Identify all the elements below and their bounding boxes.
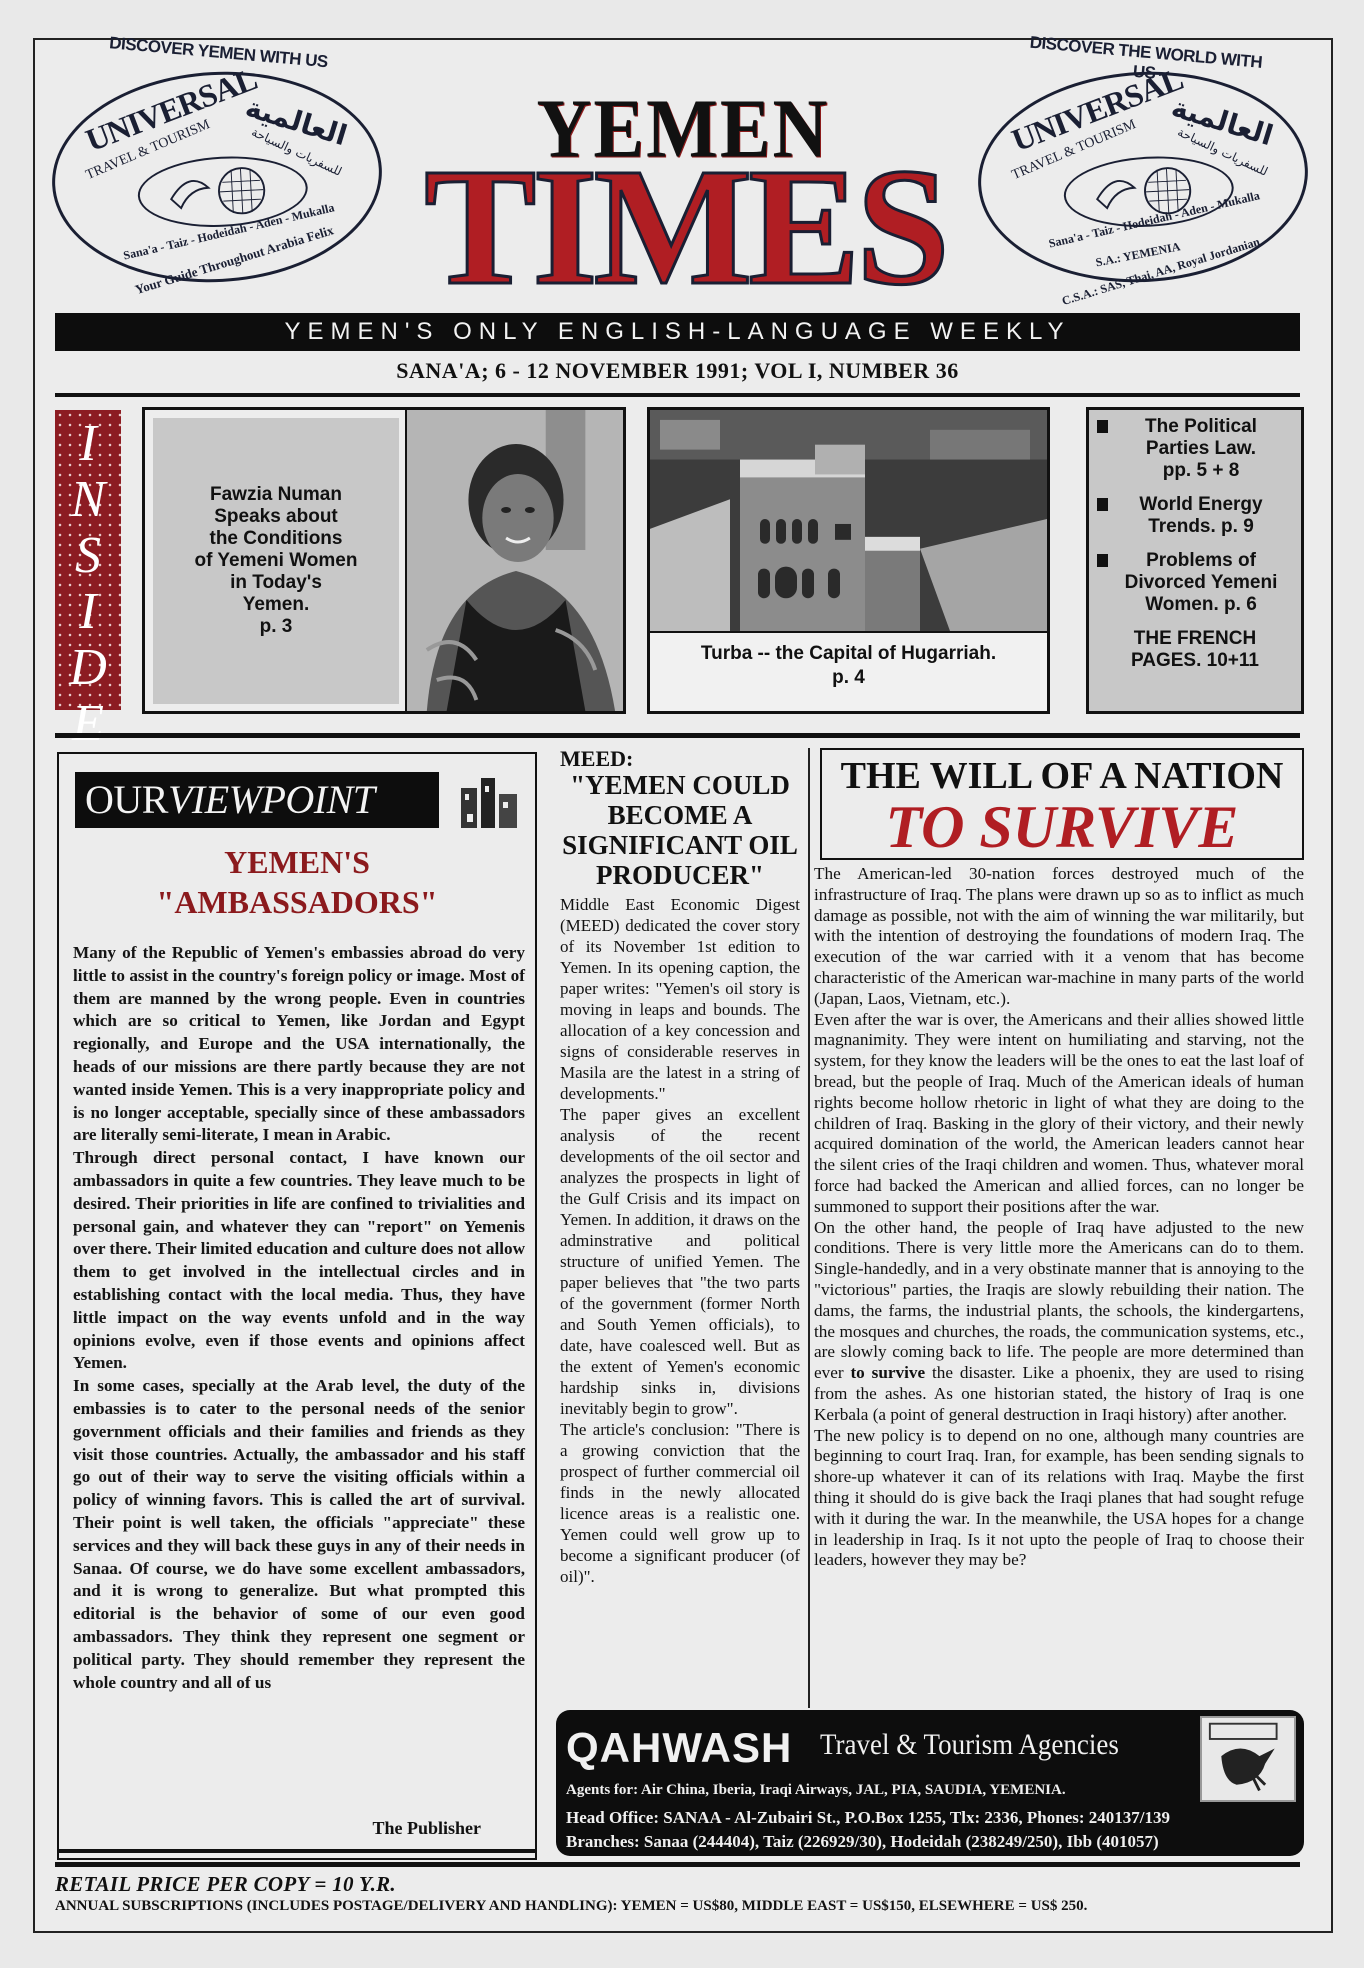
- inside-letter: D: [69, 640, 107, 696]
- inside-label: I N S I D E: [55, 410, 121, 710]
- qahwash-travel-ad: QAHWASH Travel & Tourism Agencies Agents…: [556, 1710, 1304, 1856]
- inside-letter: S: [75, 528, 101, 584]
- inside-letter: E: [72, 696, 104, 752]
- viewpoint-header: OURVIEWPOINT: [75, 772, 439, 828]
- column-divider: [808, 748, 810, 1708]
- viewpoint-signature: The Publisher: [372, 1818, 481, 1839]
- meed-body: Middle East Economic Digest (MEED) dedic…: [560, 894, 800, 1587]
- will-headline-line2: TO SURVIVE: [822, 798, 1302, 856]
- ad-head-office: Head Office: SANAA - Al-Zubairi St., P.O…: [566, 1808, 1170, 1828]
- meed-headline: "YEMEN COULD BECOME A SIGNIFICANT OIL PR…: [560, 770, 800, 890]
- will-headline-box: THE WILL OF A NATION TO SURVIVE: [820, 748, 1304, 860]
- inside-contents-list: The PoliticalParties Law.pp. 5 + 8 World…: [1086, 407, 1304, 714]
- editorial-viewpoint: OURVIEWPOINT YEMEN'S"AMBASSADORS" Many o…: [57, 752, 537, 1860]
- inside-letter: N: [71, 472, 106, 528]
- square-bullet-icon: [1097, 420, 1108, 433]
- portrait-photo: [405, 410, 623, 711]
- viewpoint-title: YEMEN'S"AMBASSADORS": [59, 842, 535, 922]
- feature-teaser-fawzia[interactable]: Fawzia Numan Speaks about the Conditions…: [142, 407, 626, 714]
- article-meed: MEED: "YEMEN COULD BECOME A SIGNIFICANT …: [560, 748, 800, 1587]
- masthead-times: TIMES: [410, 152, 960, 302]
- contents-item-french-pages[interactable]: THE FRENCHPAGES. 10+11: [1093, 628, 1297, 672]
- divider: [59, 1849, 537, 1853]
- square-bullet-icon: [1097, 554, 1108, 567]
- tagline-bar: YEMEN'S ONLY ENGLISH-LANGUAGE WEEKLY: [55, 313, 1300, 351]
- subscription-rates: ANNUAL SUBSCRIPTIONS (INCLUDES POSTAGE/D…: [55, 1898, 1087, 1915]
- retail-price: RETAIL PRICE PER COPY = 10 Y.R.: [55, 1872, 396, 1897]
- feature-teaser-text: Fawzia Numan Speaks about the Conditions…: [153, 418, 399, 704]
- building-sketch-icon: [453, 774, 523, 830]
- contents-item-political-parties[interactable]: The PoliticalParties Law.pp. 5 + 8: [1093, 416, 1297, 482]
- meed-kicker: MEED:: [560, 748, 800, 770]
- turba-caption: Turba -- the Capital of Hugarriah. p. 4: [650, 642, 1047, 690]
- will-body: The American-led 30-nation forces destro…: [814, 864, 1304, 1571]
- inside-letter: I: [79, 416, 96, 472]
- feature-teaser-turba[interactable]: Turba -- the Capital of Hugarriah. p. 4: [647, 407, 1050, 714]
- bird-logo-icon: [1200, 1716, 1296, 1802]
- ad-branches: Branches: Sanaa (244404), Taiz (226929/3…: [566, 1832, 1159, 1852]
- divider: [55, 1862, 1300, 1867]
- inside-letter: I: [79, 584, 96, 640]
- turba-city-photo: [650, 410, 1047, 633]
- ad-agents: Agents for: Air China, Iberia, Iraqi Air…: [566, 1782, 1066, 1799]
- contents-item-world-energy[interactable]: World EnergyTrends. p. 9: [1093, 494, 1297, 538]
- divider: [55, 733, 1300, 738]
- viewpoint-body: Many of the Republic of Yemen's embassie…: [73, 942, 525, 1694]
- square-bullet-icon: [1097, 498, 1108, 511]
- will-headline-line1: THE WILL OF A NATION: [822, 754, 1302, 798]
- ad-brand: QAHWASH: [566, 1724, 792, 1772]
- dateline: SANA'A; 6 - 12 NOVEMBER 1991; VOL I, NUM…: [55, 358, 1300, 384]
- masthead: YEMEN TIMES: [410, 82, 960, 302]
- contents-item-divorced-women[interactable]: Problems ofDivorced YemeniWomen. p. 6: [1093, 550, 1297, 616]
- ad-tagline: Travel & Tourism Agencies: [820, 1728, 1119, 1762]
- divider: [55, 393, 1300, 397]
